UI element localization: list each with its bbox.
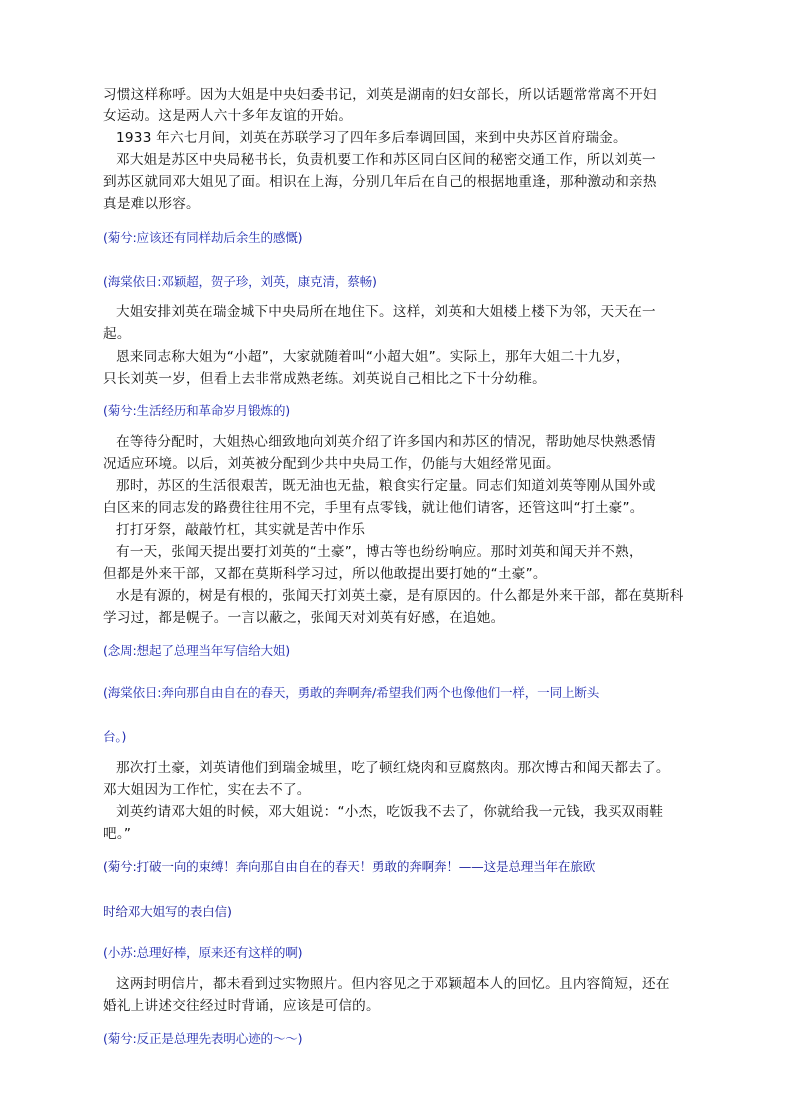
body-text-line: 吧。” [103,824,131,844]
annotation-comment-line: (海棠依日:邓颖超，贺子珍，刘英，康克清，蔡畅) [103,272,377,292]
body-text-line: 况适应环境。以后，刘英被分配到少共中央局工作，仍能与大姐经常见面。 [103,454,560,474]
annotation-comment-line: 台。) [103,727,126,747]
annotation-comment-line: (菊兮:打破一向的束缚！奔向那自由自在的春天！勇敢的奔啊奔！——这是总理当年在旅… [103,857,595,877]
body-text-line: 起。 [103,324,131,344]
body-text-line: 女运动。这是两人六十多年友谊的开始。 [103,106,352,126]
document-page: 习惯这样称呼。因为大姐是中央妇委书记，刘英是湖南的妇女部长，所以话题常常离不开妇… [0,0,800,1100]
body-text-line: 刘英约请邓大姐的时候，邓大姐说：“小杰，吃饭我不去了，你就给我一元钱，我买双雨鞋 [116,802,663,822]
body-text-line: 水是有源的，树是有根的，张闻天打刘英土豪，是有原因的。什么都是外来干部，都在莫斯… [116,586,684,606]
body-text-line: 有一天，张闻天提出要打刘英的“土豪”，博古等也纷纷响应。那时刘英和闻天并不熟， [116,542,643,562]
body-text-line: 只长刘英一岁，但看上去非常成熟老练。刘英说自己相比之下十分幼稚。 [103,369,546,389]
body-text-line: 但都是外来干部，又都在莫斯科学习过，所以他敢提出要打她的“土豪”。 [103,564,547,584]
body-text-line: 邓大姐是苏区中央局秘书长，负责机要工作和苏区同白区间的秘密交通工作，所以刘英一 [116,150,656,170]
annotation-comment-line: (念周:想起了总理当年写信给大姐) [103,641,290,661]
body-text-line: 大姐安排刘英在瑞金城下中央局所在地住下。这样，刘英和大姐楼上楼下为邻，天天在一 [116,302,656,322]
annotation-comment-line: 时给邓大姐写的表白信) [103,902,232,922]
body-text-line: 打打牙祭，敲敲竹杠，其实就是苦中作乐 [116,520,365,540]
body-text-line: 那次打土豪，刘英请他们到瑞金城里，吃了顿红烧肉和豆腐熬肉。那次博古和闻天都去了。 [116,758,670,778]
body-text-line: 在等待分配时，大姐热心细致地向刘英介绍了许多国内和苏区的情况，帮助她尽快熟悉情 [116,432,656,452]
body-text-line: 婚礼上讲述交往经过时背诵，应该是可信的。 [103,996,380,1016]
annotation-comment-line: (菊兮:生活经历和革命岁月锻炼的) [103,401,290,421]
body-text-line: 真是难以形容。 [103,194,200,214]
annotation-comment-line: (海棠依日:奔向那自由自在的春天，勇敢的奔啊奔/希望我们两个也像他们一样，一同上… [103,683,599,703]
body-text-line: 习惯这样称呼。因为大姐是中央妇委书记，刘英是湖南的妇女部长，所以话题常常离不开妇 [103,85,657,105]
body-text-line: 恩来同志称大姐为“小超”，大家就随着叫“小超大姐”。实际上，那年大姐二十九岁， [116,347,630,367]
annotation-comment-line: (菊兮:反正是总理先表明心迹的～～) [103,1029,302,1049]
annotation-comment-line: (菊兮:应该还有同样劫后余生的感慨) [103,228,302,248]
body-text-line: 白区来的同志发的路费往往用不完，手里有点零钱，就让他们请客，还管这叫“打土豪”。 [103,498,644,518]
body-text-line: 到苏区就同邓大姐见了面。相识在上海，分别几年后在自己的根据地重逢，那种激动和亲热 [103,172,657,192]
body-text-line: 这两封明信片，都未看到过实物照片。但内容见之于邓颖超本人的回忆。且内容简短，还在 [116,974,670,994]
annotation-comment-line: (小苏:总理好棒，原来还有这样的啊) [103,943,302,963]
body-text-line: 学习过，都是幌子。一言以蔽之，张闻天对刘英有好感，在追她。 [103,608,504,628]
body-text-line: 邓大姐因为工作忙，实在去不了。 [103,780,311,800]
body-text-line: 1933 年六七月间，刘英在苏联学习了四年多后奉调回国，来到中央苏区首府瑞金。 [116,128,627,148]
body-text-line: 那时，苏区的生活很艰苦，既无油也无盐，粮食实行定量。同志们知道刘英等刚从国外或 [116,476,656,496]
